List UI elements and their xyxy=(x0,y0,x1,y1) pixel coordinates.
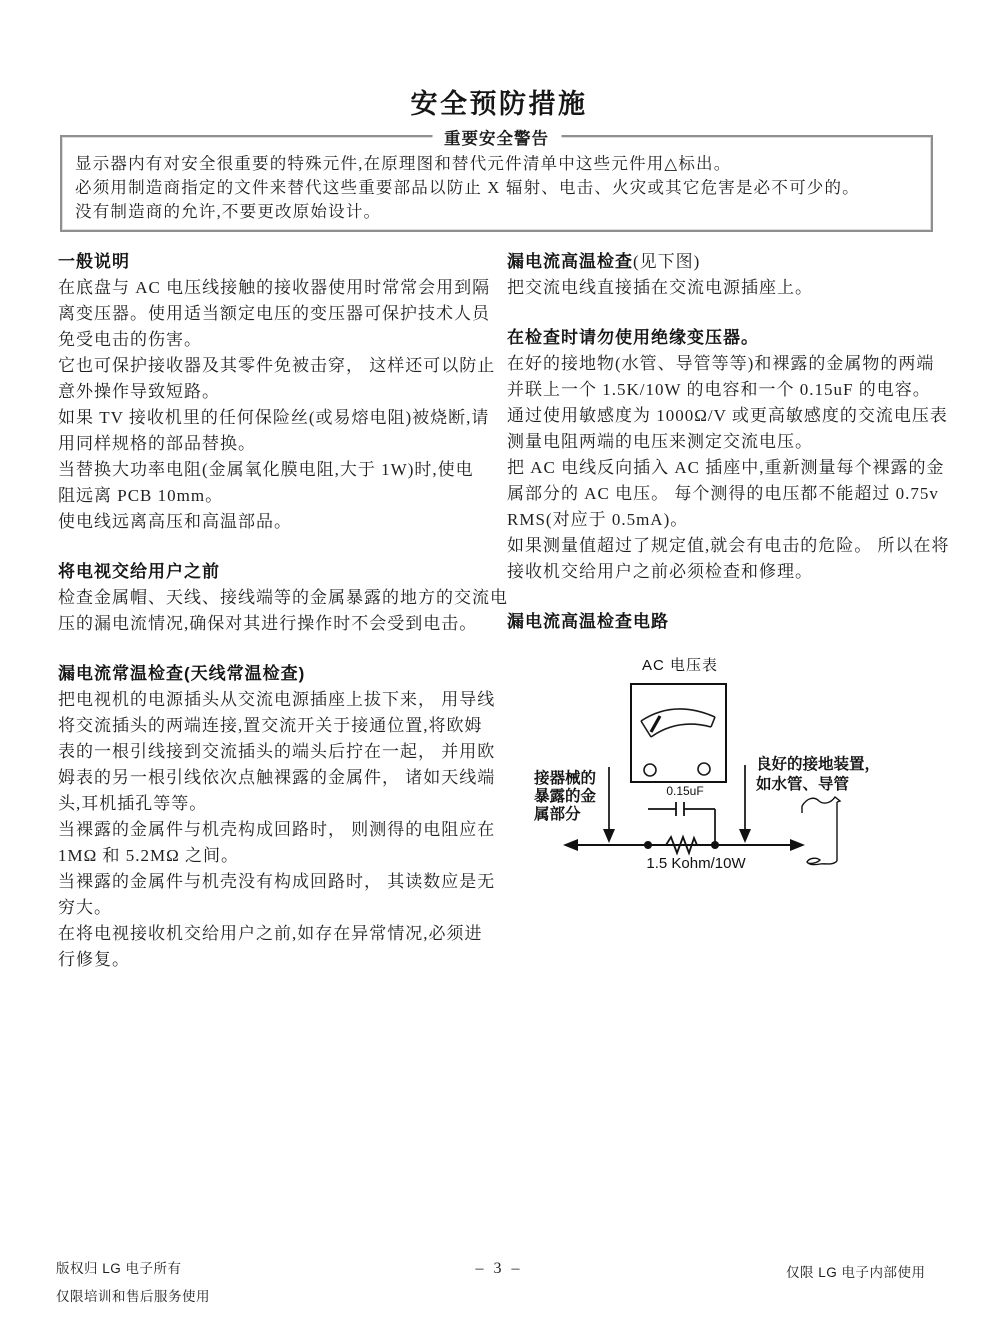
body-line: 测量电阻两端的电压来测定交流电压。 xyxy=(507,429,945,455)
left-arrowhead-icon xyxy=(563,839,578,851)
warning-line: 必须用制造商指定的文件来替代这些重要部品以防止 X 辐射、电击、火灾或其它危害是… xyxy=(75,176,921,200)
section-general-notes: 一般说明 在底盘与 AC 电压线接触的接收器使用时常常会用到隔 离变压器。使用适… xyxy=(58,249,492,535)
body-line: 姆表的另一根引线依次点触裸露的金属件， 诸如天线端 xyxy=(58,765,492,791)
body-line: 如果测量值超过了规定值,就会有电击的危险。 所以在将 xyxy=(507,533,945,559)
body-line: 阻远离 PCB 10mm。 xyxy=(58,483,492,509)
section-leakage-hot-check: 漏电流高温检查(见下图) 把交流电线直接插在交流电源插座上。 xyxy=(507,249,945,301)
right-pointer-arrowhead-icon xyxy=(739,829,751,843)
body-line: 检查金属帽、天线、接线端等的金属暴露的地方的交流电 xyxy=(58,585,492,611)
left-text-column: 一般说明 在底盘与 AC 电压线接触的接收器使用时常常会用到隔 离变压器。使用适… xyxy=(58,249,492,973)
body-line: 通过使用敏感度为 1000Ω/V 或更高敏感度的交流电压表 xyxy=(507,403,945,429)
body-line: 免受电击的伤害。 xyxy=(58,327,492,353)
warning-box-label: 重要安全警告 xyxy=(432,125,561,149)
body-line: 在好的接地物(水管、导管等等)和裸露的金属物的两端 xyxy=(507,351,945,377)
body-line: 接收机交给用户之前必须检查和修理。 xyxy=(507,559,945,585)
body-line: 压的漏电流情况,确保对其进行操作时不会受到电击。 xyxy=(58,611,492,637)
body-line: 把 AC 电线反向插入 AC 插座中,重新测量每个裸露的金 xyxy=(507,455,945,481)
body-line: 在底盘与 AC 电压线接触的接收器使用时常常会用到隔 xyxy=(58,275,492,301)
body-line: 把交流电线直接插在交流电源插座上。 xyxy=(507,275,945,301)
footer-copyright-line2: 仅限培训和售后服务使用 xyxy=(56,1283,210,1311)
body-line: RMS(对应于 0.5mA)。 xyxy=(507,507,945,533)
section-heading: 一般说明 xyxy=(58,249,492,275)
body-line: 离变压器。使用适当额定电压的变压器可保护技术人员 xyxy=(58,301,492,327)
left-pointer-arrowhead-icon xyxy=(603,829,615,843)
body-line: 在将电视接收机交给用户之前,如存在异常情况,必须进 xyxy=(58,921,492,947)
body-line: 头,耳机插孔等等。 xyxy=(58,791,492,817)
footer-copyright: 版权归 LG 电子所有 仅限培训和售后服务使用 xyxy=(56,1255,210,1311)
page-number: – 3 – xyxy=(444,1260,554,1278)
circuit-wiring-drawing xyxy=(507,650,947,885)
section-heading: 漏电流常温检查(天线常温检查) xyxy=(58,661,492,687)
body-line: 穷大。 xyxy=(58,895,492,921)
body-line: 当裸露的金属件与机壳构成回路时， 则测得的电阻应在 xyxy=(58,817,492,843)
section-heading: 漏电流高温检查(见下图) xyxy=(507,249,945,275)
page-title: 安全预防措施 xyxy=(0,82,998,121)
body-line: 用同样规格的部品替换。 xyxy=(58,431,492,457)
body-line: 意外操作导致短路。 xyxy=(58,379,492,405)
footer-copyright-line1: 版权归 LG 电子所有 xyxy=(56,1255,210,1283)
section-before-returning-tv: 将电视交给用户之前 检查金属帽、天线、接线端等的金属暴露的地方的交流电 压的漏电… xyxy=(58,559,492,637)
body-line: 当裸露的金属件与机壳没有构成回路时， 其读数应是无 xyxy=(58,869,492,895)
body-line: 属部分的 AC 电压。 每个测得的电压都不能超过 0.75v xyxy=(507,481,945,507)
body-line: 将交流插头的两端连接,置交流开关于接通位置,将欧姆 xyxy=(58,713,492,739)
footer-internal-use-notice: 仅限 LG 电子内部使用 xyxy=(786,1261,926,1281)
water-pipe-illustration xyxy=(802,797,840,865)
body-line: 1MΩ 和 5.2MΩ 之间。 xyxy=(58,843,492,869)
section-leakage-hot-check-circuit: 漏电流高温检查电路 xyxy=(507,609,945,635)
right-arrowhead-icon xyxy=(790,839,805,851)
important-safety-warning-box: 重要安全警告 显示器内有对安全很重要的特殊元件,在原理图和替代元件清单中这些元件… xyxy=(60,135,933,232)
section-heading: 在检查时请勿使用绝缘变压器。 xyxy=(507,325,945,351)
right-text-column: 漏电流高温检查(见下图) 把交流电线直接插在交流电源插座上。 在检查时请勿使用绝… xyxy=(507,249,945,635)
warning-box-body: 显示器内有对安全很重要的特殊元件,在原理图和替代元件清单中这些元件用△标出。 必… xyxy=(62,137,931,224)
body-line: 并联上一个 1.5K/10W 的电容和一个 0.15uF 的电容。 xyxy=(507,377,945,403)
body-line: 使电线远离高压和高温部品。 xyxy=(58,509,492,535)
body-line: 把电视机的电源插头从交流电源插座上拔下来， 用导线 xyxy=(58,687,492,713)
body-line: 表的一根引线接到交流插头的端头后拧在一起， 并用欧 xyxy=(58,739,492,765)
body-line: 行修复。 xyxy=(58,947,492,973)
body-line: 当替换大功率电阻(金属氧化膜电阻,大于 1W)时,使电 xyxy=(58,457,492,483)
body-line: 它也可保护接收器及其零件免被击穿， 这样还可以防止 xyxy=(58,353,492,379)
section-no-isolation-transformer: 在检查时请勿使用绝缘变压器。 在好的接地物(水管、导管等等)和裸露的金属物的两端… xyxy=(507,325,945,585)
body-line: 如果 TV 接收机里的任何保险丝(或易熔电阻)被烧断,请 xyxy=(58,405,492,431)
leakage-current-test-circuit-diagram: AC 电压表 0.15uF 1.5 Kohm/10W 接器械的 暴露的金 属部分… xyxy=(507,650,947,885)
warning-line: 没有制造商的允许,不要更改原始设计。 xyxy=(75,200,921,224)
section-heading: 漏电流高温检查电路 xyxy=(507,609,945,635)
section-leakage-cold-check: 漏电流常温检查(天线常温检查) 把电视机的电源插头从交流电源插座上拔下来， 用导… xyxy=(58,661,492,973)
section-heading: 将电视交给用户之前 xyxy=(58,559,492,585)
heading-suffix: (见下图) xyxy=(633,252,700,271)
warning-line: 显示器内有对安全很重要的特殊元件,在原理图和替代元件清单中这些元件用△标出。 xyxy=(75,152,921,176)
